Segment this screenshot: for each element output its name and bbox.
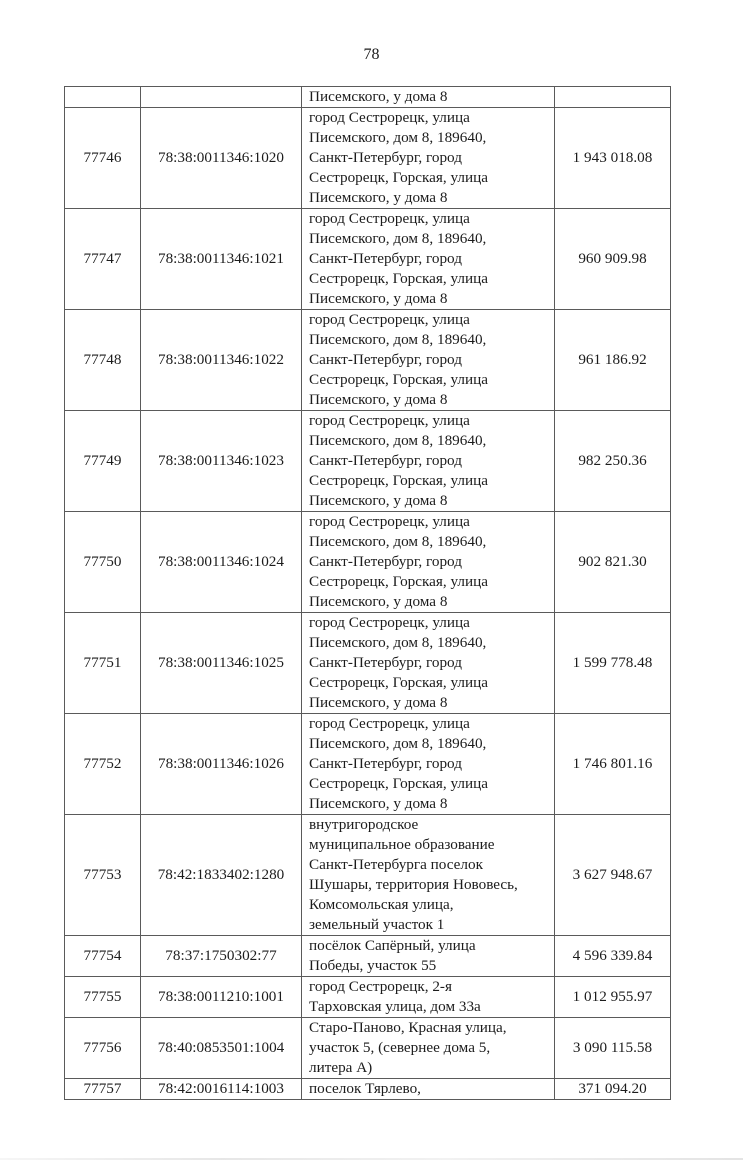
address-cell: город Сестрорецк, улица Писемского, дом … [302,411,555,512]
address-cell: город Сестрорецк, улица Писемского, дом … [302,613,555,714]
registry-table: Писемского, у дома 87774678:38:0011346:1… [64,86,671,1100]
cadastral-number-cell: 78:38:0011346:1022 [141,310,302,411]
table-row: 7775778:42:0016114:1003поселок Тярлево,3… [65,1079,671,1100]
address-cell: город Сестрорецк, 2-я Тарховская улица, … [302,977,555,1018]
row-number-cell: 77752 [65,714,141,815]
address-cell: город Сестрорецк, улица Писемского, дом … [302,714,555,815]
address-cell: внутригородское муниципальное образовани… [302,815,555,936]
cadastral-value-cell: 960 909.98 [555,209,671,310]
cadastral-number-cell: 78:38:0011346:1026 [141,714,302,815]
cadastral-number-cell: 78:37:1750302:77 [141,936,302,977]
cadastral-number-cell: 78:38:0011346:1021 [141,209,302,310]
address-cell: город Сестрорецк, улица Писемского, дом … [302,310,555,411]
cadastral-number-cell: 78:38:0011210:1001 [141,977,302,1018]
address-cell: Писемского, у дома 8 [302,87,555,108]
row-number-cell: 77756 [65,1018,141,1079]
address-cell: поселок Тярлево, [302,1079,555,1100]
row-number-cell: 77753 [65,815,141,936]
table-row: 7774678:38:0011346:1020город Сестрорецк,… [65,108,671,209]
address-cell: посёлок Сапёрный, улица Победы, участок … [302,936,555,977]
table-row: 7775578:38:0011210:1001город Сестрорецк,… [65,977,671,1018]
table-row: 7774878:38:0011346:1022город Сестрорецк,… [65,310,671,411]
table-row: 7775178:38:0011346:1025город Сестрорецк,… [65,613,671,714]
cadastral-number-cell: 78:38:0011346:1023 [141,411,302,512]
row-number-cell: 77748 [65,310,141,411]
cadastral-number-cell: 78:42:0016114:1003 [141,1079,302,1100]
row-number-cell: 77749 [65,411,141,512]
table-row: Писемского, у дома 8 [65,87,671,108]
table-row: 7775478:37:1750302:77посёлок Сапёрный, у… [65,936,671,977]
cadastral-value-cell: 1 943 018.08 [555,108,671,209]
cadastral-number-cell: 78:38:0011346:1020 [141,108,302,209]
cadastral-value-cell: 1 012 955.97 [555,977,671,1018]
cadastral-value-cell [555,87,671,108]
cadastral-value-cell: 982 250.36 [555,411,671,512]
cadastral-number-cell: 78:38:0011346:1024 [141,512,302,613]
row-number-cell: 77747 [65,209,141,310]
cadastral-value-cell: 3 627 948.67 [555,815,671,936]
cadastral-value-cell: 1 746 801.16 [555,714,671,815]
cadastral-number-cell: 78:40:0853501:1004 [141,1018,302,1079]
page-number: 78 [0,45,743,65]
row-number-cell [65,87,141,108]
cadastral-value-cell: 902 821.30 [555,512,671,613]
table-row: 7774978:38:0011346:1023город Сестрорецк,… [65,411,671,512]
address-cell: город Сестрорецк, улица Писемского, дом … [302,209,555,310]
table-row: 7775678:40:0853501:1004Старо-Паново, Кра… [65,1018,671,1079]
table-row: 7774778:38:0011346:1021город Сестрорецк,… [65,209,671,310]
cadastral-value-cell: 3 090 115.58 [555,1018,671,1079]
cadastral-value-cell: 961 186.92 [555,310,671,411]
scan-edge [0,1158,743,1160]
row-number-cell: 77751 [65,613,141,714]
cadastral-value-cell: 371 094.20 [555,1079,671,1100]
table-body: Писемского, у дома 87774678:38:0011346:1… [65,87,671,1100]
address-cell: Старо-Паново, Красная улица, участок 5, … [302,1018,555,1079]
row-number-cell: 77755 [65,977,141,1018]
cadastral-value-cell: 1 599 778.48 [555,613,671,714]
table-row: 7775278:38:0011346:1026город Сестрорецк,… [65,714,671,815]
address-cell: город Сестрорецк, улица Писемского, дом … [302,512,555,613]
row-number-cell: 77750 [65,512,141,613]
cadastral-number-cell: 78:42:1833402:1280 [141,815,302,936]
address-cell: город Сестрорецк, улица Писемского, дом … [302,108,555,209]
table-row: 7775078:38:0011346:1024город Сестрорецк,… [65,512,671,613]
cadastral-value-cell: 4 596 339.84 [555,936,671,977]
cadastral-number-cell: 78:38:0011346:1025 [141,613,302,714]
row-number-cell: 77746 [65,108,141,209]
table-row: 7775378:42:1833402:1280внутригородское м… [65,815,671,936]
cadastral-number-cell [141,87,302,108]
row-number-cell: 77757 [65,1079,141,1100]
row-number-cell: 77754 [65,936,141,977]
